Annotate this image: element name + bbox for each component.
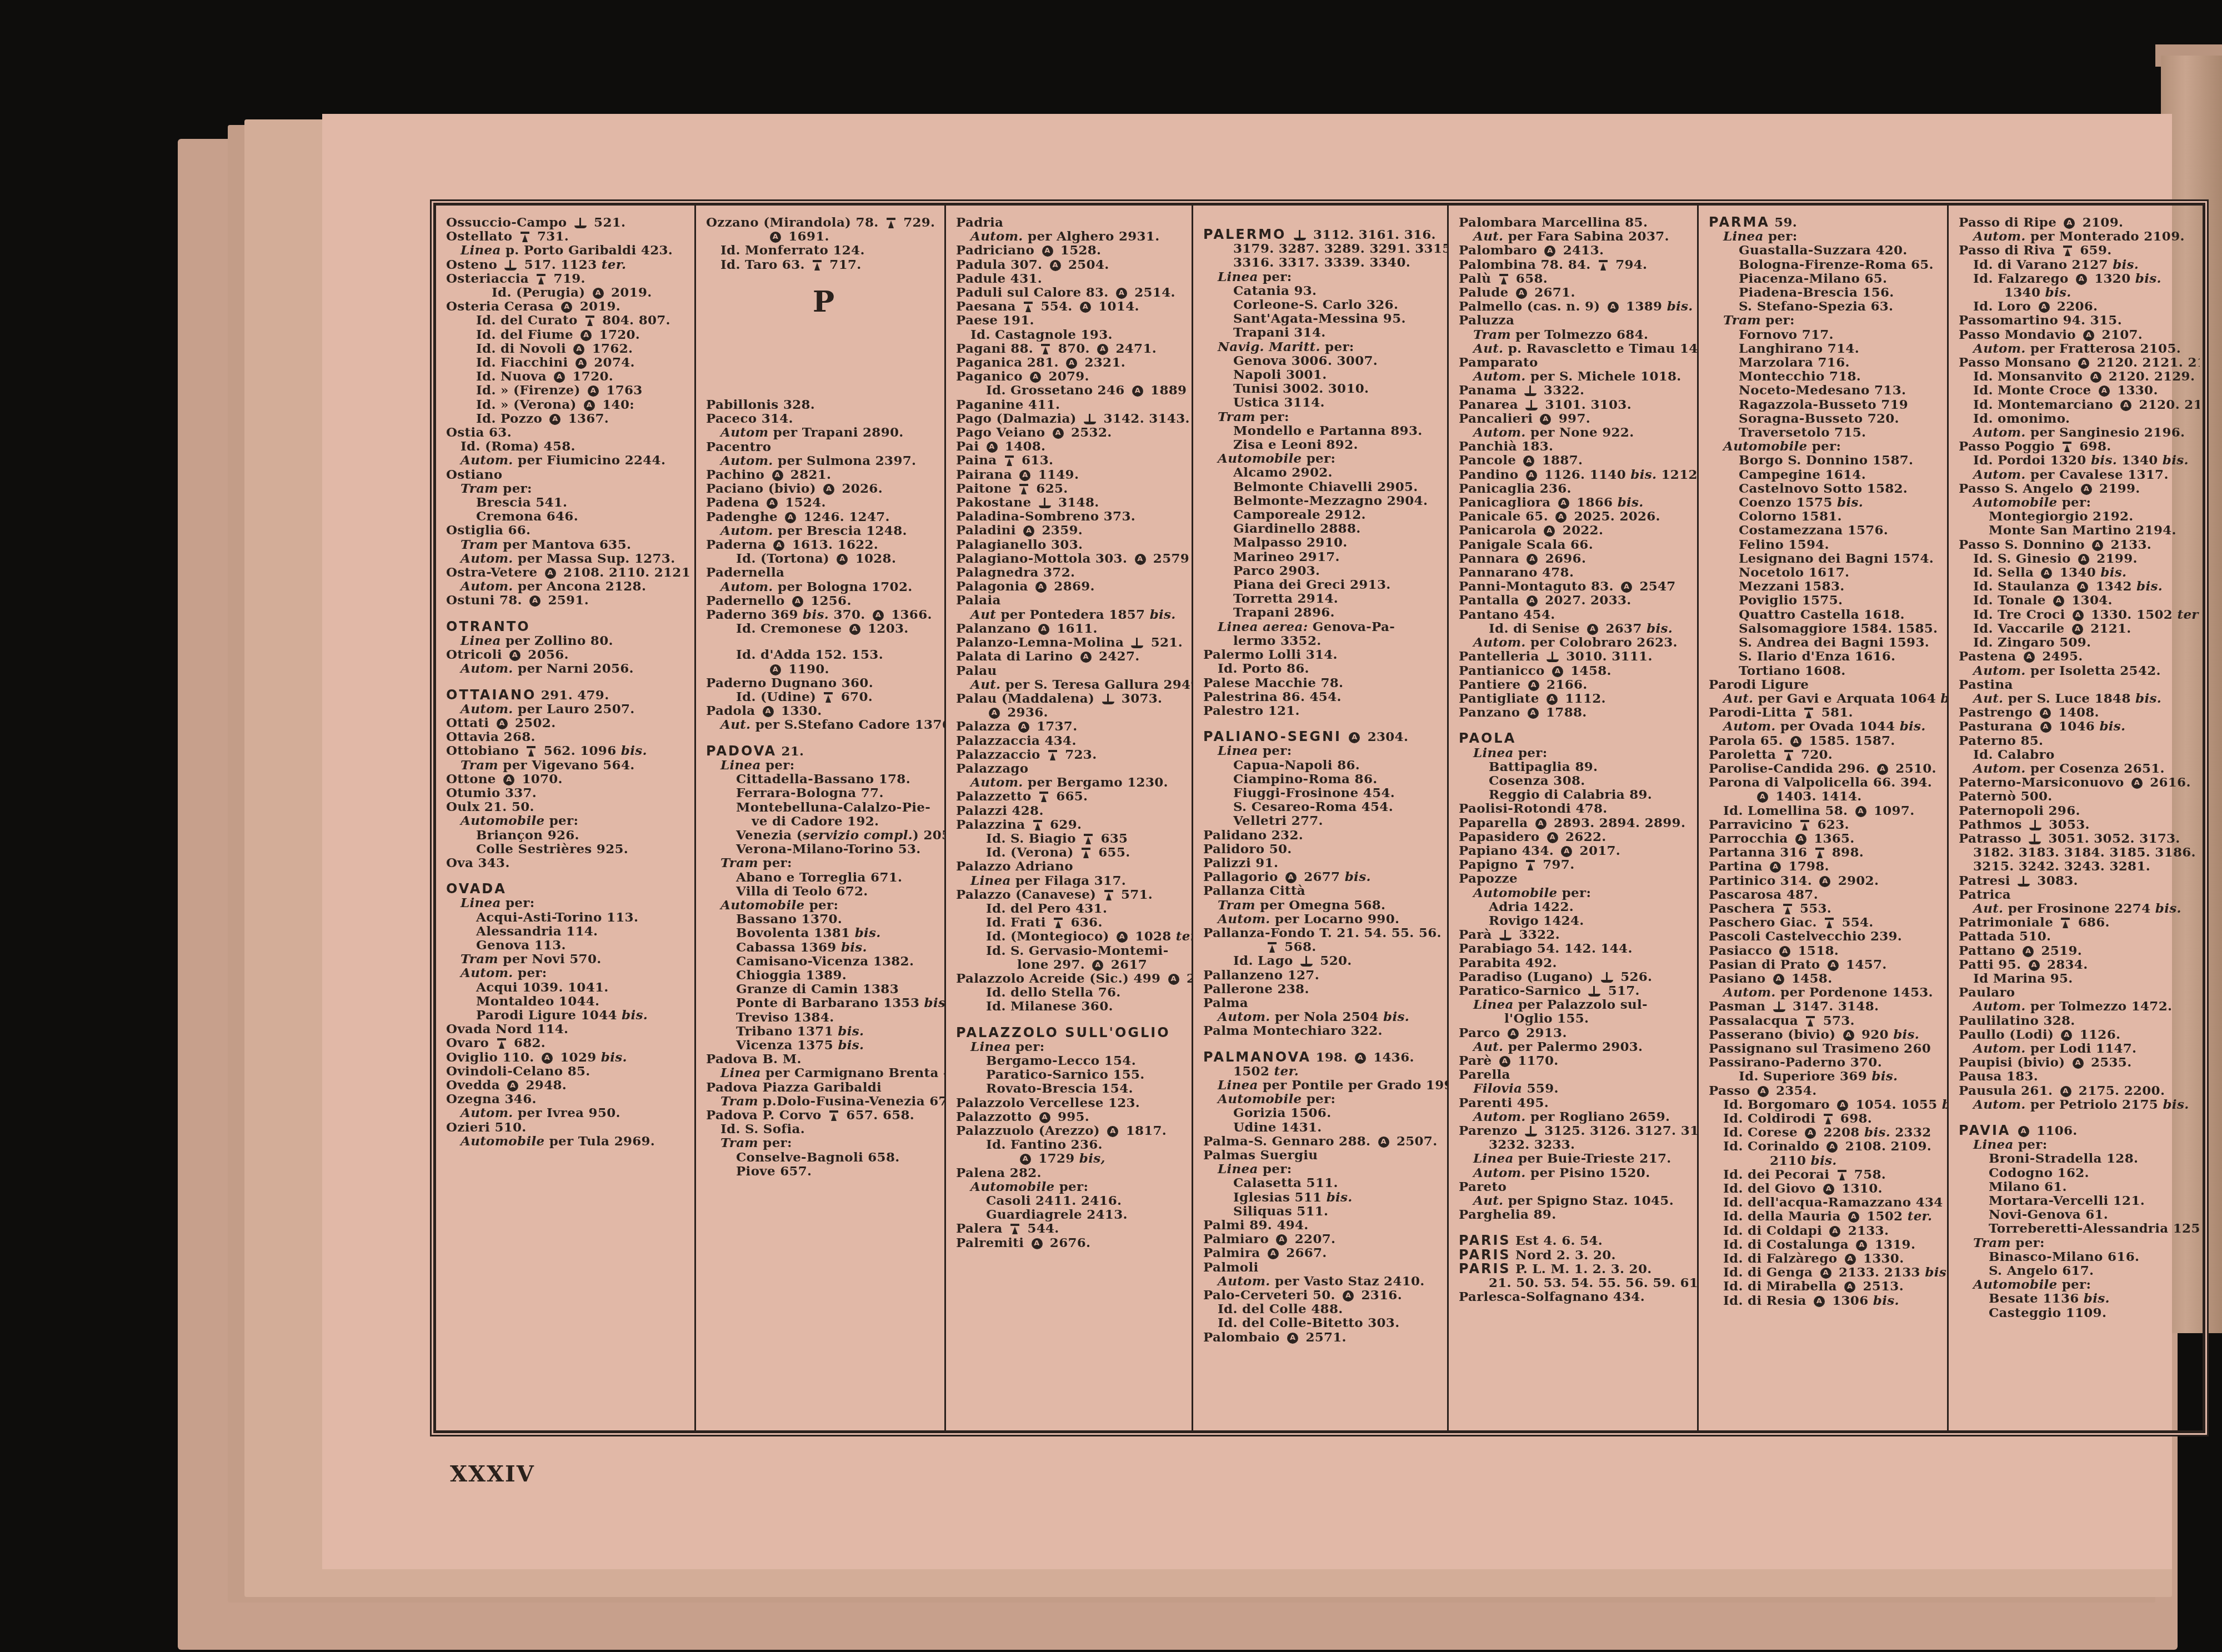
navigation-landing-icon xyxy=(1102,694,1114,705)
index-subentry: Fiuggi-Frosinone 454. xyxy=(1203,786,1444,800)
index-entry: Palazzina 629. xyxy=(956,818,1188,832)
index-subentry: Tram per Tolmezzo 684. xyxy=(1459,328,1694,342)
service-type-label: bis. xyxy=(601,1050,627,1065)
index-subentry: Aut. per Frosinone 2274 bis. xyxy=(1959,902,2196,915)
index-entry: Palma-S. Gennaro 288. A 2507. xyxy=(1203,1134,1444,1148)
service-type-label: Linea xyxy=(1218,743,1258,758)
index-entry: Padriciano A 1528. xyxy=(956,243,1188,257)
automobile-service-icon: A xyxy=(575,358,587,369)
index-subentry: S. Andrea dei Bagni 1593. xyxy=(1709,635,1944,649)
index-entry: Oviglio 110. A 1029 bis. xyxy=(446,1050,691,1064)
service-type-label: Autom. xyxy=(1473,1165,1526,1180)
automobile-service-icon: A xyxy=(773,540,784,551)
automobile-service-icon: A xyxy=(2073,1058,2084,1069)
index-entry: Ottobiano 562. 1096 bis. xyxy=(446,744,691,758)
service-type-label: Autom. xyxy=(1973,1041,2026,1056)
index-subentry: Linea per: xyxy=(1709,229,1944,243)
index-subentry: Id. S. Sofia. xyxy=(706,1122,941,1136)
automobile-service-icon: A xyxy=(2072,624,2083,635)
index-subentry: Gorizia 1506. xyxy=(1203,1106,1444,1120)
service-type-label: Autom. xyxy=(461,702,513,717)
index-subentry: 21. 50. 53. 54. 55. 56. 59. 61 xyxy=(1459,1276,1694,1290)
index-entry: Passo Monsano A 2120. 2121. 2129 xyxy=(1959,356,2196,369)
navigation-landing-icon xyxy=(1499,930,1512,941)
index-subentry: Id. del Fiume A 1720. xyxy=(446,328,691,342)
index-subentry: Genova 3006. 3007. xyxy=(1203,354,1444,368)
index-subentry: Ciampino-Roma 86. xyxy=(1203,772,1444,786)
automobile-service-icon: A xyxy=(1268,1248,1279,1259)
index-subentry: Aut per Pontedera 1857 bis. xyxy=(956,608,1188,622)
index-subentry: Calasetta 511. xyxy=(1203,1176,1444,1190)
service-type-label: ter. xyxy=(1908,1209,1932,1224)
index-entry: Pastina xyxy=(1959,678,2196,692)
index-subentry: Autom. per Petriolo 2175 bis. xyxy=(1959,1098,2196,1112)
index-subentry: Traversetolo 715. xyxy=(1709,425,1944,439)
index-entry: Palestro 121. xyxy=(1203,704,1444,718)
index-subentry: Cremona 646. xyxy=(446,509,691,523)
service-type-label: Aut. xyxy=(1723,691,1753,706)
index-subentry: Autom. per Ancona 2128. xyxy=(446,579,691,593)
automobile-service-icon: A xyxy=(2073,610,2084,621)
index-entry: Palanzano A 1611. xyxy=(956,622,1188,635)
tramway-stop-icon xyxy=(886,218,896,229)
index-subentry: Linea per: xyxy=(446,896,691,910)
navigation-landing-icon xyxy=(504,260,517,271)
automobile-service-icon: A xyxy=(837,554,848,565)
index-subentry: Bovolenta 1381 bis. xyxy=(706,926,941,940)
index-subentry: Id. Lago 520. xyxy=(1203,954,1444,968)
automobile-service-icon: A xyxy=(1050,260,1061,271)
index-subentry: Id. Monte Croce A 1330. xyxy=(1959,383,2196,397)
service-type-label: Tram xyxy=(461,537,498,552)
index-subentry: Colorno 1581. xyxy=(1709,509,1944,523)
automobile-service-icon: A xyxy=(1528,680,1539,691)
automobile-service-icon: A xyxy=(1508,1028,1519,1039)
index-subentry: Linea per: xyxy=(956,1040,1188,1054)
automobile-service-icon: A xyxy=(1019,470,1030,481)
automobile-service-icon: A xyxy=(1829,1226,1840,1237)
index-entry: Padena A 1524. xyxy=(706,495,941,509)
service-type-label: Linea xyxy=(1218,269,1258,284)
automobile-service-icon: A xyxy=(549,414,560,425)
index-subentry: Id. Lomellina 58. A 1097. xyxy=(1709,804,1944,818)
automobile-service-icon: A xyxy=(1837,1100,1848,1111)
automobile-service-icon: A xyxy=(584,400,595,411)
index-subentry: Capua-Napoli 86. xyxy=(1203,758,1444,772)
service-type-label: bis. xyxy=(841,940,867,955)
index-entry: Palude A 2671. xyxy=(1459,286,1694,299)
index-subentry: Id. Taro 63. 717. xyxy=(706,258,941,272)
index-subentry: 2110 bis. xyxy=(1709,1154,1944,1168)
section-letter: P xyxy=(706,295,941,309)
index-subentry: Villa di Teolo 672. xyxy=(706,884,941,898)
index-subentry: Piana dei Greci 2913. xyxy=(1203,578,1444,592)
index-entry: Palombina 78. 84. 794. xyxy=(1459,258,1694,272)
automobile-service-icon: A xyxy=(1773,974,1784,985)
service-type-label: Autom. xyxy=(1218,1009,1270,1024)
index-subentry: Id. di Mirabella A 2513. xyxy=(1709,1279,1944,1293)
service-type-label: Autom. xyxy=(1473,1109,1526,1124)
automobile-service-icon: A xyxy=(1097,344,1108,355)
automobile-service-icon: A xyxy=(1844,1281,1855,1293)
index-subentry: Id. Loro A 2206. xyxy=(1959,299,2196,313)
index-heading: PARMA 59. xyxy=(1709,216,1944,229)
index-entry: Pago Veiano A 2532. xyxy=(956,425,1188,439)
index-subentry: Id. di Resia A 1306 bis. xyxy=(1709,1294,1944,1308)
service-type-label: bis. xyxy=(2136,579,2163,594)
index-subentry: Adria 1422. xyxy=(1459,900,1694,914)
index-entry: Pallanza Città xyxy=(1203,884,1444,898)
service-type-label: Linea xyxy=(720,1065,761,1080)
automobile-service-icon: A xyxy=(497,718,508,729)
index-subentry: Id. (Verona) 655. xyxy=(956,845,1188,859)
automobile-service-icon: A xyxy=(1820,1268,1831,1279)
index-subentry: Cosenza 308. xyxy=(1459,774,1694,788)
automobile-service-icon: A xyxy=(1823,1184,1834,1195)
automobile-service-icon: A xyxy=(823,484,834,495)
navigation-landing-icon xyxy=(1525,1126,1537,1137)
index-entry: Pantano 454. xyxy=(1459,608,1694,622)
automobile-service-icon: A xyxy=(1552,666,1563,677)
index-subentry: Borgo S. Donnino 1587. xyxy=(1709,453,1944,467)
index-entry: Pago (Dalmazia) 3142. 3143. xyxy=(956,412,1188,425)
automobile-service-icon: A xyxy=(2060,1086,2071,1097)
index-entry: Oulx 21. 50. xyxy=(446,800,691,814)
index-subentry: Id. Fiacchini A 2074. xyxy=(446,356,691,369)
index-subentry: Verona-Milano-Torino 53. xyxy=(706,842,941,856)
index-entry: Papasidero A 2622. xyxy=(1459,830,1694,844)
index-subentry: Piove 657. xyxy=(706,1164,941,1178)
index-entry: Pausula 261. A 2175. 2200. xyxy=(1959,1084,2196,1098)
index-entry: Pakostane 3148. xyxy=(956,495,1188,509)
automobile-service-icon: A xyxy=(1287,1333,1298,1344)
spacer xyxy=(706,635,941,648)
automobile-service-icon: A xyxy=(1516,288,1527,299)
index-entry: Passo Poggio 698. xyxy=(1959,439,2196,453)
automobile-service-icon: A xyxy=(1378,1137,1389,1148)
index-entry: Palma Montechiaro 322. xyxy=(1203,1024,1444,1038)
index-entry: Paduli sul Calore 83. A 2514. xyxy=(956,286,1188,299)
service-type-label: Tram xyxy=(1723,313,1761,328)
index-entry: Patrasso 3051. 3052. 3173. xyxy=(1959,832,2196,845)
index-entry: Padova Piazza Garibaldi xyxy=(706,1080,941,1094)
index-subentry: Salsomaggiore 1584. 1585. xyxy=(1709,622,1944,635)
service-type-label: Autom. xyxy=(1973,425,2026,440)
index-subentry: Id. S. Ginesio A 2199. xyxy=(1959,552,2196,565)
index-entry: Palo-Cerveteri 50. A 2316. xyxy=(1203,1288,1444,1302)
index-subentry: Abano e Torreglia 671. xyxy=(706,870,941,884)
index-entry: Panchià 183. xyxy=(1459,439,1694,453)
automobile-service-icon: A xyxy=(2078,554,2089,565)
index-subentry: S. Cesareo-Roma 454. xyxy=(1203,800,1444,814)
service-type-label: Aut. xyxy=(720,717,750,732)
index-entry: Panigale Scala 66. xyxy=(1459,538,1694,552)
service-type-label: ter. xyxy=(602,257,626,272)
index-entry: Palazzaccia 434. xyxy=(956,734,1188,748)
index-entry: Palombara Marcellina 85. xyxy=(1459,216,1694,229)
index-subentry: Siliquas 511. xyxy=(1203,1204,1444,1218)
index-entry: Pastrengo A 1408. xyxy=(1959,705,2196,719)
index-subentry: Id. Pordoi 1320 bis. 1340 bis. xyxy=(1959,453,2196,467)
index-subentry: A 1190. xyxy=(706,662,941,676)
service-type-label: bis. xyxy=(1327,1190,1353,1205)
index-subentry: Briançon 926. xyxy=(446,828,691,842)
index-entry: Parenti 495. xyxy=(1459,1096,1694,1110)
index-subentry: Id. Milanese 360. xyxy=(956,999,1188,1013)
index-entry: Panicarola A 2022. xyxy=(1459,523,1694,537)
index-entry: Paciano (bivio) A 2026. xyxy=(706,482,941,495)
city-heading: OTRANTO xyxy=(446,619,531,634)
index-column-7: Passo di Ripe A 2109.Autom. per Monterad… xyxy=(1947,206,2200,1430)
index-subentry: Velletri 277. xyxy=(1203,814,1444,828)
index-subentry: Alessandria 114. xyxy=(446,924,691,938)
index-subentry: Linea per: xyxy=(1203,270,1444,284)
index-subentry: Novi-Genova 61. xyxy=(1959,1208,2196,1222)
service-type-label: Autom. xyxy=(1973,1097,2026,1112)
tramway-stop-icon xyxy=(1837,1170,1847,1181)
index-subentry: Autom. per Nola 2504 bis. xyxy=(1203,1010,1444,1024)
index-subentry: Tram per Omegna 568. xyxy=(1203,898,1444,912)
index-subentry: Id. Sella A 1340 bis. xyxy=(1959,565,2196,579)
automobile-service-icon: A xyxy=(1018,722,1029,733)
index-subentry: Automobile per: xyxy=(1459,886,1694,900)
index-subentry: Tram per: xyxy=(1709,313,1944,327)
index-entry: Ostiglia 66. xyxy=(446,523,691,537)
index-subentry: Tram per: xyxy=(446,482,691,495)
index-subentry: lermo 3352. xyxy=(1203,634,1444,648)
service-type-label: servizio compl. xyxy=(803,828,913,843)
index-subentry: Sant'Agata-Messina 95. xyxy=(1203,312,1444,326)
index-subentry: Corleone-S. Carlo 326. xyxy=(1203,298,1444,312)
index-entry: Palazzo Adriano xyxy=(956,859,1188,873)
automobile-service-icon: A xyxy=(1023,525,1034,537)
index-subentry: Id. di Varano 2127 bis. xyxy=(1959,258,2196,272)
city-heading: OTTAIANO xyxy=(446,687,536,703)
automobile-service-icon: A xyxy=(2040,722,2051,733)
service-type-label: bis. xyxy=(2091,453,2117,468)
service-type-label: bis. xyxy=(1647,621,1673,636)
index-entry: Palmoli xyxy=(1203,1260,1444,1274)
service-type-label: Aut. xyxy=(1473,229,1503,244)
index-subentry: Id. Tre Croci A 1330. 1502 ter xyxy=(1959,608,2196,622)
index-entry: Parodi Ligure xyxy=(1709,678,1944,692)
index-entry: Passignano sul Trasimeno 260 xyxy=(1709,1042,1944,1055)
index-subentry: Autom. per Fiumicino 2244. xyxy=(446,453,691,467)
automobile-service-icon: A xyxy=(1555,512,1567,523)
index-subentry: Id. Fantino 236. xyxy=(956,1138,1188,1152)
index-subentry: Alcamo 2902. xyxy=(1203,465,1444,479)
index-subentry: Camisano-Vicenza 1382. xyxy=(706,954,941,968)
index-column-1: Ossuccio-Campo 521.Ostellato 731.Linea p… xyxy=(436,206,694,1430)
index-subentry: Id. (Perugia) A 2019. xyxy=(446,286,691,299)
automobile-service-icon: A xyxy=(873,610,884,621)
tramway-stop-icon xyxy=(1815,848,1825,859)
automobile-service-icon: A xyxy=(2053,595,2064,607)
index-entry: Paulilatino 328. xyxy=(1959,1014,2196,1028)
index-subentry: Nocetolo 1617. xyxy=(1709,565,1944,579)
tramway-stop-icon xyxy=(829,1110,839,1122)
automobile-service-icon: A xyxy=(2024,652,2035,663)
index-subentry: Ustica 3114. xyxy=(1203,396,1444,409)
index-entry: Palmi 89. 494. xyxy=(1203,1218,1444,1232)
automobile-service-icon: A xyxy=(2077,582,2088,593)
tramway-stop-icon xyxy=(2060,918,2070,929)
automobile-service-icon: A xyxy=(1355,1053,1366,1064)
index-subentry: 1340 bis. xyxy=(1959,286,2196,299)
index-subentry: A 1729 bis, xyxy=(956,1152,1188,1165)
service-type-label: Automobile xyxy=(461,1134,544,1149)
index-entry: Panama 3322. xyxy=(1459,383,1694,397)
automobile-service-icon: A xyxy=(1107,1126,1118,1137)
index-entry: Patrimoniale 686. xyxy=(1959,915,2196,929)
tramway-stop-icon xyxy=(1053,918,1063,929)
index-entry: Passerano (bivio) A 920 bis. xyxy=(1709,1028,1944,1042)
city-heading: PARIS xyxy=(1459,1247,1511,1263)
automobile-service-icon: A xyxy=(1608,302,1619,313)
index-subentry: Malpasso 2910. xyxy=(1203,535,1444,549)
index-entry: Ova 343. xyxy=(446,856,691,870)
automobile-service-icon: A xyxy=(1779,946,1790,957)
service-type-label: Linea aerea: xyxy=(1218,619,1308,634)
index-entry: Osteriaccia 719. xyxy=(446,272,691,286)
index-entry: Padenghe A 1246. 1247. xyxy=(706,510,941,524)
index-entry: Padola A 1330. xyxy=(706,704,941,718)
index-entry: Pallagorio A 2677 bis. xyxy=(1203,870,1444,884)
index-subentry: Autom. per: xyxy=(446,966,691,980)
index-entry: Pancole A 1887. xyxy=(1459,453,1694,467)
index-column-5: Palombara Marcellina 85.Aut. per Fara Sa… xyxy=(1447,206,1697,1430)
index-entry: Parenzo 3125. 3126. 3127. 3131. xyxy=(1459,1124,1694,1138)
index-entry: Parrocchia A 1365. xyxy=(1709,832,1944,845)
automobile-service-icon: A xyxy=(1527,554,1538,565)
tramway-stop-icon xyxy=(1784,750,1794,761)
index-subentry: Id. Vaccarile A 2121. xyxy=(1959,622,2196,635)
index-subentry: Parodi Ligure 1044 bis. xyxy=(446,1008,691,1022)
index-heading: OTRANTO xyxy=(446,620,691,634)
service-type-label: bis xyxy=(1940,691,1947,706)
index-subentry: Aut. per S. Teresa Gallura 2949 xyxy=(956,678,1188,692)
index-subentry: Linea per Pontile per Grado 199. xyxy=(1203,1078,1444,1092)
index-entry: Passo S. Angelo A 2199. xyxy=(1959,482,2196,495)
index-subentry: Catania 93. xyxy=(1203,284,1444,298)
index-subentry: Trapani 2896. xyxy=(1203,605,1444,619)
index-subentry: Guastalla-Suzzara 420. xyxy=(1709,243,1944,257)
index-subentry: Aut. per Gavi e Arquata 1064 bis xyxy=(1709,692,1944,705)
service-type-label: Automobile xyxy=(1973,495,2057,510)
index-entry: Paceco 314. xyxy=(706,412,941,425)
tramway-stop-icon xyxy=(1004,455,1014,467)
index-entry: Palmira A 2667. xyxy=(1203,1246,1444,1260)
service-type-label: bis. xyxy=(1942,1097,1947,1112)
index-subentry: Linea per: xyxy=(706,758,941,772)
index-subentry: Id. Grossetano 246 A 1889 xyxy=(956,383,1188,397)
service-type-label: bis. xyxy=(2045,285,2071,300)
index-entry: Padria xyxy=(956,216,1188,229)
index-entry: Pantianicco A 1458. xyxy=(1459,664,1694,678)
automobile-service-icon: A xyxy=(542,1053,553,1064)
index-subentry: Tunisi 3002. 3010. xyxy=(1203,382,1444,396)
index-entry: Pantalla A 2027. 2033. xyxy=(1459,593,1694,607)
index-entry: Palma xyxy=(1203,996,1444,1010)
index-entry: Pasturana A 1046 bis. xyxy=(1959,719,2196,733)
automobile-service-icon: A xyxy=(1499,1056,1510,1067)
index-entry: Palremiti A 2676. xyxy=(956,1236,1188,1250)
automobile-service-icon: A xyxy=(561,302,572,313)
index-subentry: 3232. 3233. xyxy=(1459,1138,1694,1152)
service-type-label: Linea xyxy=(1723,229,1764,244)
service-type-label: bis. xyxy=(838,1038,864,1053)
service-type-label: bis. xyxy=(1383,1009,1409,1024)
index-subentry: Castelnovo Sotto 1582. xyxy=(1709,482,1944,495)
index-subentry: Autom. per Ivrea 950. xyxy=(446,1106,691,1120)
index-subentry: Aut. p. Ravascletto e Timau 1468 xyxy=(1459,342,1694,356)
service-type-label: bis. xyxy=(1871,1069,1898,1084)
index-subentry: 1502 ter. xyxy=(1203,1064,1444,1078)
tramway-stop-icon xyxy=(1104,890,1114,901)
index-subentry: Id. di Senise A 2637 bis. xyxy=(1459,622,1694,635)
index-subentry: Napoli 3001. xyxy=(1203,368,1444,382)
automobile-service-icon: A xyxy=(2029,960,2040,971)
index-entry: Pantelleria 3010. 3111. xyxy=(1459,649,1694,663)
index-subentry: Autom. per Pisino 1520. xyxy=(1459,1166,1694,1180)
service-type-label: Autom. xyxy=(1723,719,1776,734)
automobile-service-icon: A xyxy=(1535,818,1547,829)
index-subentry: Tortiano 1608. xyxy=(1709,664,1944,678)
automobile-service-icon: A xyxy=(1848,1212,1859,1223)
index-entry: Palidano 232. xyxy=(1203,828,1444,842)
automobile-service-icon: A xyxy=(1561,846,1572,857)
automobile-service-icon: A xyxy=(1770,862,1781,873)
index-entry: Otumio 337. xyxy=(446,786,691,800)
navigation-landing-icon xyxy=(1588,986,1600,997)
index-entry: Paratico-Sarnico 517. xyxy=(1459,984,1694,998)
automobile-service-icon: A xyxy=(770,664,781,675)
tramway-stop-icon xyxy=(1019,484,1029,495)
automobile-service-icon: A xyxy=(987,442,998,453)
index-entry: Pattada 510. xyxy=(1959,929,2196,943)
index-entry: Palmiaro A 2207. xyxy=(1203,1232,1444,1246)
index-subentry: Autom. per Locarno 990. xyxy=(1203,912,1444,926)
index-subentry: Aut. per Fara Sabina 2037. xyxy=(1459,229,1694,243)
city-heading: PARMA xyxy=(1709,214,1770,230)
index-subentry: S. Stefano-Spezia 63. xyxy=(1709,299,1944,313)
index-subentry: Id. omonimo. xyxy=(1959,412,2196,425)
navigation-landing-icon xyxy=(1294,230,1306,241)
index-entry: Passo S. Donnino A 2133. xyxy=(1959,538,2196,552)
index-entry: Ostiano xyxy=(446,468,691,482)
index-entry: Passirano-Paderno 370. xyxy=(1709,1055,1944,1069)
service-type-label: bis. xyxy=(2135,271,2161,286)
index-subentry: Soragna-Busseto 720. xyxy=(1709,412,1944,425)
index-subentry: Belmonte-Mezzagno 2904. xyxy=(1203,494,1444,508)
index-subentry: Montegiorgio 2192. xyxy=(1959,509,2196,523)
city-heading: PALMANOVA xyxy=(1203,1049,1311,1065)
index-entry: Palmas Suergiu xyxy=(1203,1148,1444,1162)
automobile-service-icon: A xyxy=(1805,1128,1816,1139)
index-entry: Palù 658. xyxy=(1459,272,1694,286)
index-subentry: A 1403. 1414. xyxy=(1709,789,1944,803)
index-subentry: Montebelluna-Calalzo-Pie- xyxy=(706,800,941,814)
index-entry: Palizzi 91. xyxy=(1203,856,1444,870)
index-subentry: Id. Nuova A 1720. xyxy=(446,369,691,383)
city-heading: PAOLA xyxy=(1459,730,1516,746)
index-subentry: Id. Monsanvito A 2120. 2129. xyxy=(1959,369,2196,383)
automobile-service-icon: A xyxy=(1117,932,1128,943)
index-entry: Palazzaccio 723. xyxy=(956,748,1188,762)
service-type-label: Autom. xyxy=(1723,985,1776,1000)
index-subentry: Tram per: xyxy=(706,856,941,870)
automobile-service-icon: A xyxy=(2076,274,2087,285)
